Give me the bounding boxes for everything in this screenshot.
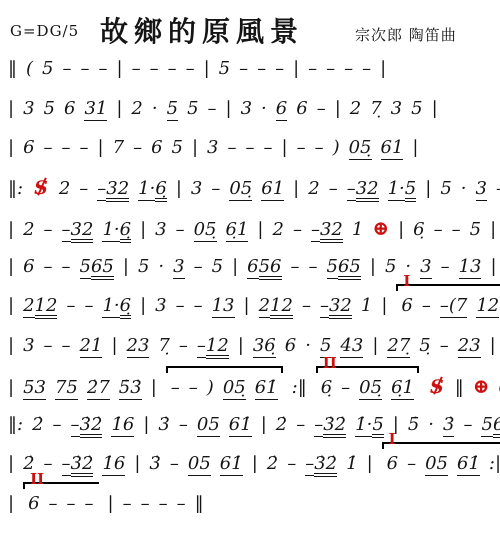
note-token: – (123, 495, 132, 513)
note-token: 3 (155, 221, 166, 239)
note-token: 5 (187, 100, 198, 118)
note-token: – (317, 100, 326, 118)
note-token: 5 (172, 139, 183, 157)
note-token: – (186, 60, 195, 78)
note-token: 3 (23, 100, 34, 118)
note-token: 1· (102, 221, 119, 242)
volta-right-hook (417, 366, 419, 373)
note-token: – (452, 221, 461, 239)
beam-group: 1·5 (388, 180, 417, 202)
note-token: – (179, 416, 188, 434)
note-token: 05 (188, 455, 211, 476)
note-token: 2 (273, 221, 284, 239)
note-token: – (176, 221, 185, 239)
note-token: – (49, 495, 58, 513)
note-token: ) (333, 139, 340, 157)
beam-group: 656 (247, 258, 281, 280)
note-token: – (302, 297, 311, 315)
note-token: – (168, 60, 177, 78)
note-token: – (159, 495, 168, 513)
note-token: · (261, 100, 267, 118)
note-token: | (232, 258, 238, 276)
note-token: – (197, 337, 206, 358)
note-token: | (398, 221, 404, 239)
note-token: – (171, 379, 180, 397)
note-token: 2 (23, 297, 34, 318)
note-token: | (490, 221, 496, 239)
note-token: 3̇2̇ (80, 416, 103, 438)
note-token: 31 (84, 100, 107, 121)
music-line: |35631|2·55–|3·66–|27̣35| (8, 100, 498, 140)
note-token: · (158, 258, 164, 276)
note-token: 5 (219, 60, 230, 78)
note-token: | (372, 337, 378, 355)
note-token: | (244, 297, 250, 315)
note-token: – (194, 297, 203, 315)
note-token: 2 (350, 100, 361, 118)
note-token: 5̣ (419, 337, 430, 355)
note-token: | (176, 180, 182, 198)
note-token: | (282, 139, 288, 157)
volta-bracket: II6̣–05̣6̣1 (316, 379, 419, 400)
note-token: – (246, 139, 255, 157)
note-token: – (309, 258, 318, 276)
note-token: 6 (23, 258, 34, 276)
note-token: 6 (64, 100, 75, 118)
note-token: | (370, 258, 376, 276)
volta-label: I (403, 274, 410, 289)
note-token: | (293, 180, 299, 198)
note-token: – (141, 495, 150, 513)
note-token: ‖ (8, 60, 17, 78)
note-token: – (296, 416, 305, 434)
volta-bracket: II6––– (23, 495, 98, 513)
note-token: – (194, 258, 203, 276)
note-token: 32 (356, 180, 379, 202)
note-token: – (311, 221, 320, 242)
note-token: 3 (155, 297, 166, 315)
note-token: | (151, 379, 157, 397)
beam-group: –32 (62, 221, 94, 243)
note-token: | (381, 297, 387, 315)
note-token: :‖ (292, 379, 307, 397)
note-token: 53 (23, 379, 46, 400)
note-token: 3̇2̇ (71, 455, 94, 477)
note-token: ) (207, 379, 214, 397)
beam-group: 212 (23, 297, 57, 319)
note-token: – (287, 455, 296, 473)
note-token: – (275, 60, 284, 78)
note-token: 12 (206, 337, 229, 359)
note-token: – (80, 60, 89, 78)
note-token: 61̇ (229, 416, 252, 437)
note-token: 5 (372, 416, 383, 438)
note-token: | (8, 258, 14, 276)
note-token: | (116, 100, 122, 118)
note-token: | (8, 297, 14, 315)
note-token: :‖ (489, 455, 500, 473)
note-token: – (297, 139, 306, 157)
note-token: 32 (71, 221, 94, 243)
note-token: · (305, 337, 311, 355)
note-token: – (62, 455, 71, 476)
note-token: | (8, 100, 14, 118)
note-token: | (412, 139, 418, 157)
note-token: 3 (23, 337, 34, 355)
note-token: 7 (113, 139, 124, 157)
note-token: 61̇ (493, 416, 500, 438)
note-token: 5 (212, 258, 223, 276)
note-token: – (44, 337, 53, 355)
music-line: |6–––|7–65|3–––|––)05̣61| (8, 139, 498, 179)
note-token: – (179, 337, 188, 355)
note-token: – (407, 455, 416, 473)
note-token: | (192, 139, 198, 157)
note-token: | (380, 60, 386, 78)
music-line: |2̇––3̇2̇1̇6|3̇–0561̇|2̇––3̇2̇1̇|I6–0561… (8, 455, 498, 495)
note-token: 05 (425, 455, 448, 476)
coda-icon: ⊕ (372, 218, 389, 238)
note-token: – (79, 180, 88, 198)
note-token: 27̣ (387, 337, 410, 358)
note-token: | (116, 60, 122, 78)
beam-group: –12 (197, 337, 229, 359)
note-token: – (291, 258, 300, 276)
note-token: 23 (127, 337, 150, 358)
note-token: 3 (420, 258, 431, 279)
note-token: 1 (361, 297, 372, 315)
music-line: ‖:S2––321·6̣|3–05̣61|2––321·5|5·3–561| (8, 179, 498, 219)
note-token: – (132, 60, 141, 78)
beam-group: 565 (80, 258, 114, 280)
music-line: ‖(5–––|––––|5–––|––––| (8, 60, 498, 100)
note-token: – (305, 455, 314, 476)
note-token: 3̇2̇ (314, 455, 337, 477)
music-line: |212––1·6̣|3––13|212––321|I6––(712| (8, 297, 498, 337)
note-token: – (440, 337, 449, 355)
beam-group: –32 (320, 297, 352, 319)
note-token: | (425, 180, 431, 198)
key-signature: G=DG/5 (10, 22, 79, 40)
note-token: 56 (259, 258, 282, 280)
segno-icon: S (32, 179, 50, 198)
note-token: 6 (387, 455, 398, 473)
note-token: – (347, 180, 356, 201)
note-token: 5 (138, 258, 149, 276)
note-token: 7̣ (370, 100, 381, 118)
note-token: – (62, 337, 71, 355)
music-line: |6––565|5·3–5|656––565|5·3–13| (8, 258, 498, 298)
note-token: ‖: (8, 180, 23, 198)
note-token: | (8, 495, 14, 513)
note-token: – (44, 455, 53, 473)
note-token: – (67, 495, 76, 513)
note-token: 3̇ (158, 416, 169, 434)
note-token: ‖ (195, 495, 204, 513)
note-token: 2 (23, 221, 34, 239)
beam-group: –32 (347, 180, 379, 202)
note-token: – (84, 297, 93, 315)
note-token: 5 (42, 60, 53, 78)
note-token: – (150, 60, 159, 78)
note-token: | (111, 337, 117, 355)
note-token: 1· (388, 180, 405, 201)
note-token: | (257, 221, 263, 239)
note-token: – (326, 60, 335, 78)
note-token: | (134, 455, 140, 473)
beam-group: –32 (97, 180, 129, 202)
beam-group: 1·6̣ (102, 297, 131, 319)
note-token: 3 (241, 100, 252, 118)
note-token: 6̣ (321, 379, 332, 397)
note-token: 6̣ (155, 180, 166, 202)
note-token: – (44, 221, 53, 239)
note-token: | (367, 455, 373, 473)
note-token: – (85, 495, 94, 513)
note-token: – (44, 139, 53, 157)
note-token: | (204, 60, 210, 78)
note-token: | (490, 337, 496, 355)
note-token: 6 (151, 139, 162, 157)
note-token: | (432, 100, 438, 118)
note-token: 5 (411, 100, 422, 118)
note-token: – (308, 60, 317, 78)
note-token: – (329, 180, 338, 198)
note-token: – (422, 297, 431, 315)
note-token: – (341, 379, 350, 397)
note-token: 65 (338, 258, 361, 280)
note-token: 12 (476, 297, 499, 318)
note-token: – (264, 139, 273, 157)
note-token: – (208, 100, 217, 118)
note-token: 2̇ (32, 416, 43, 434)
note-token: – (257, 60, 266, 78)
beam-group: –32 (311, 221, 343, 243)
note-token: 6̣ (413, 221, 424, 239)
note-token: – (463, 416, 472, 434)
page-title: 故鄉的原風景 (100, 10, 304, 50)
note-token: 05̣ (359, 379, 382, 400)
beam-group: –3̇2̇ (314, 416, 346, 438)
note-token: 5 (470, 221, 481, 239)
note-token: 6 (28, 495, 39, 513)
note-token: 7̣ (158, 337, 169, 355)
note-token: · (428, 416, 434, 434)
note-token: 2 (59, 180, 70, 198)
note-token: – (315, 139, 324, 157)
note-token: · (461, 180, 467, 198)
note-token: 05 (197, 416, 220, 437)
beam-group: 1̇·5 (355, 416, 384, 438)
beam-group: 561̇ (481, 416, 500, 438)
note-token: 12 (35, 297, 58, 319)
note-token: 5̇3̇ (119, 379, 142, 400)
note-token: 3 (173, 258, 184, 279)
note-token: | (8, 379, 14, 397)
note-token: 2̇7 (87, 379, 110, 400)
note-token: 12 (270, 297, 293, 319)
note-token: 61 (261, 180, 284, 201)
note-token: – (66, 297, 75, 315)
note-token: 23 (458, 337, 481, 358)
note-token: – (80, 139, 89, 157)
beam-group: –3̇2̇ (71, 416, 103, 438)
beam-group: –3̇2̇ (305, 455, 337, 477)
note-token: | (8, 139, 14, 157)
volta-label: II (323, 356, 337, 371)
sheet-music-page: { "header": { "key": "G=DG/5", "title": … (0, 0, 500, 549)
note-token: ‖: (8, 416, 23, 434)
note-token: – (170, 455, 179, 473)
note-token: 1̇6 (111, 416, 134, 437)
note-token: 3 (476, 180, 487, 201)
note-token: | (98, 139, 104, 157)
note-token: 1̇6 (102, 455, 125, 476)
note-token: 32 (320, 221, 343, 243)
note-token: 5 (481, 416, 492, 437)
beam-group: –3̇2̇ (62, 455, 94, 477)
note-token: 3 (207, 139, 218, 157)
note-token: – (496, 180, 500, 198)
note-token: 05̣ (349, 139, 372, 160)
note-token: 32 (329, 297, 352, 319)
note-token: | (8, 337, 14, 355)
note-token: 05̣ (194, 221, 217, 242)
note-token: 6 (401, 297, 412, 315)
note-token: 6̣1 (226, 221, 249, 242)
note-token: 6̣ (120, 297, 131, 319)
note-token: | (335, 100, 341, 118)
note-token: 5 (44, 100, 55, 118)
note-token: | (108, 495, 114, 513)
note-token: 2 (308, 180, 319, 198)
note-token: 6̣1 (391, 379, 414, 400)
note-token: – (362, 60, 371, 78)
note-token: 6 (285, 337, 296, 355)
note-token: 5 (167, 100, 178, 121)
volta-bracket: I6––(712| (396, 297, 500, 318)
note-token: 1· (102, 297, 119, 318)
note-token: ‖ (455, 379, 464, 397)
note-token: 6 (276, 100, 287, 121)
beam-group: 1·6̣ (102, 221, 131, 243)
note-token: – (98, 60, 107, 78)
note-token: 43 (340, 337, 363, 358)
note-token: – (62, 258, 71, 276)
note-token: – (434, 221, 443, 239)
volta-label: II (30, 472, 44, 487)
note-token: 5 (80, 258, 91, 279)
note-token: 1· (138, 180, 155, 201)
note-token: 75 (55, 379, 78, 400)
note-token: 05̣ (223, 379, 246, 400)
note-token: 5 (405, 180, 416, 202)
music-line: |II6–––|––––‖ (8, 495, 498, 535)
note-token: – (62, 60, 71, 78)
note-token: – (314, 416, 323, 437)
note-token: | (238, 337, 244, 355)
note-token: – (320, 297, 329, 318)
note-token: – (176, 297, 185, 315)
note-token: – (239, 60, 248, 78)
note-token: – (228, 139, 237, 157)
note-token: 3 (391, 100, 402, 118)
note-token: 6 (23, 139, 34, 157)
note-token: 61̇ (255, 379, 278, 400)
beam-group: 212 (259, 297, 293, 319)
note-token: – (44, 258, 53, 276)
note-token: 61̇ (457, 455, 480, 476)
note-token: | (226, 100, 232, 118)
note-token: 3̇ (149, 455, 160, 473)
note-token: – (441, 258, 450, 276)
note-token: 36̣ (253, 337, 276, 358)
note-token: | (8, 455, 14, 473)
note-token: 5 (440, 180, 451, 198)
note-token: 13 (459, 258, 482, 279)
note-token: 2 (259, 297, 270, 318)
music-line: |2––321·6̣|3–05̣6̣1|2––321⊕|6̣––5| (8, 218, 498, 258)
note-token: 21 (80, 337, 103, 358)
note-token: – (293, 221, 302, 239)
volta-bracket: I6–0561̇:‖ (382, 455, 500, 476)
beam-group: 565 (327, 258, 361, 280)
note-token: – (211, 180, 220, 198)
note-token: 3 (191, 180, 202, 198)
note-token: 3̇2̇ (323, 416, 346, 438)
music-line: ‖:2̇––3̇2̇1̇6|3̇–0561̇|2̇––3̇2̇1̇·5|5̇·3… (8, 416, 498, 456)
score: ‖(5–––|––––|5–––|––––||35631|2·55–|3·66–… (8, 60, 498, 534)
note-token: 2̇ (276, 416, 287, 434)
note-token: 1̇ (346, 455, 357, 473)
note-token: 6 (247, 258, 258, 279)
note-token: | (140, 221, 146, 239)
note-token: – (97, 180, 106, 201)
note-token: –(7 (440, 297, 467, 318)
coda-icon: ⊕ (473, 376, 490, 396)
note-token: – (62, 139, 71, 157)
note-token: | (123, 258, 129, 276)
note-token: · (152, 100, 158, 118)
volta-label: I (389, 432, 396, 447)
note-token: 2 (131, 100, 142, 118)
note-token: 5 (385, 258, 396, 276)
note-token: 13 (212, 297, 235, 318)
note-token: | (140, 297, 146, 315)
note-token: 05̣ (229, 180, 252, 201)
composer-byline: 宗次郎 陶笛曲 (355, 24, 457, 45)
music-line: |53752̇75̇3̇|––)05̣61̇:‖II6̣–05̣6̣1S‖⊕6̣… (8, 376, 498, 416)
note-token: 6̣ (120, 221, 131, 243)
note-token: | (8, 221, 14, 239)
beam-group: 1·6̣ (138, 180, 167, 202)
note-token: 6 (296, 100, 307, 118)
note-token: – (133, 139, 142, 157)
note-token: 5 (327, 258, 338, 279)
note-token: 3̇ (443, 416, 454, 437)
note-token: 1 (352, 221, 363, 239)
note-token: 65 (91, 258, 114, 280)
note-token: ( (26, 60, 33, 78)
note-token: | (293, 60, 299, 78)
note-token: | (143, 416, 149, 434)
note-token: 61 (381, 139, 404, 160)
note-token: – (344, 60, 353, 78)
volta-right-hook (281, 366, 283, 373)
note-token: 5̇ (408, 416, 419, 434)
note-token: 1̇· (355, 416, 372, 437)
note-token: | (490, 258, 496, 276)
